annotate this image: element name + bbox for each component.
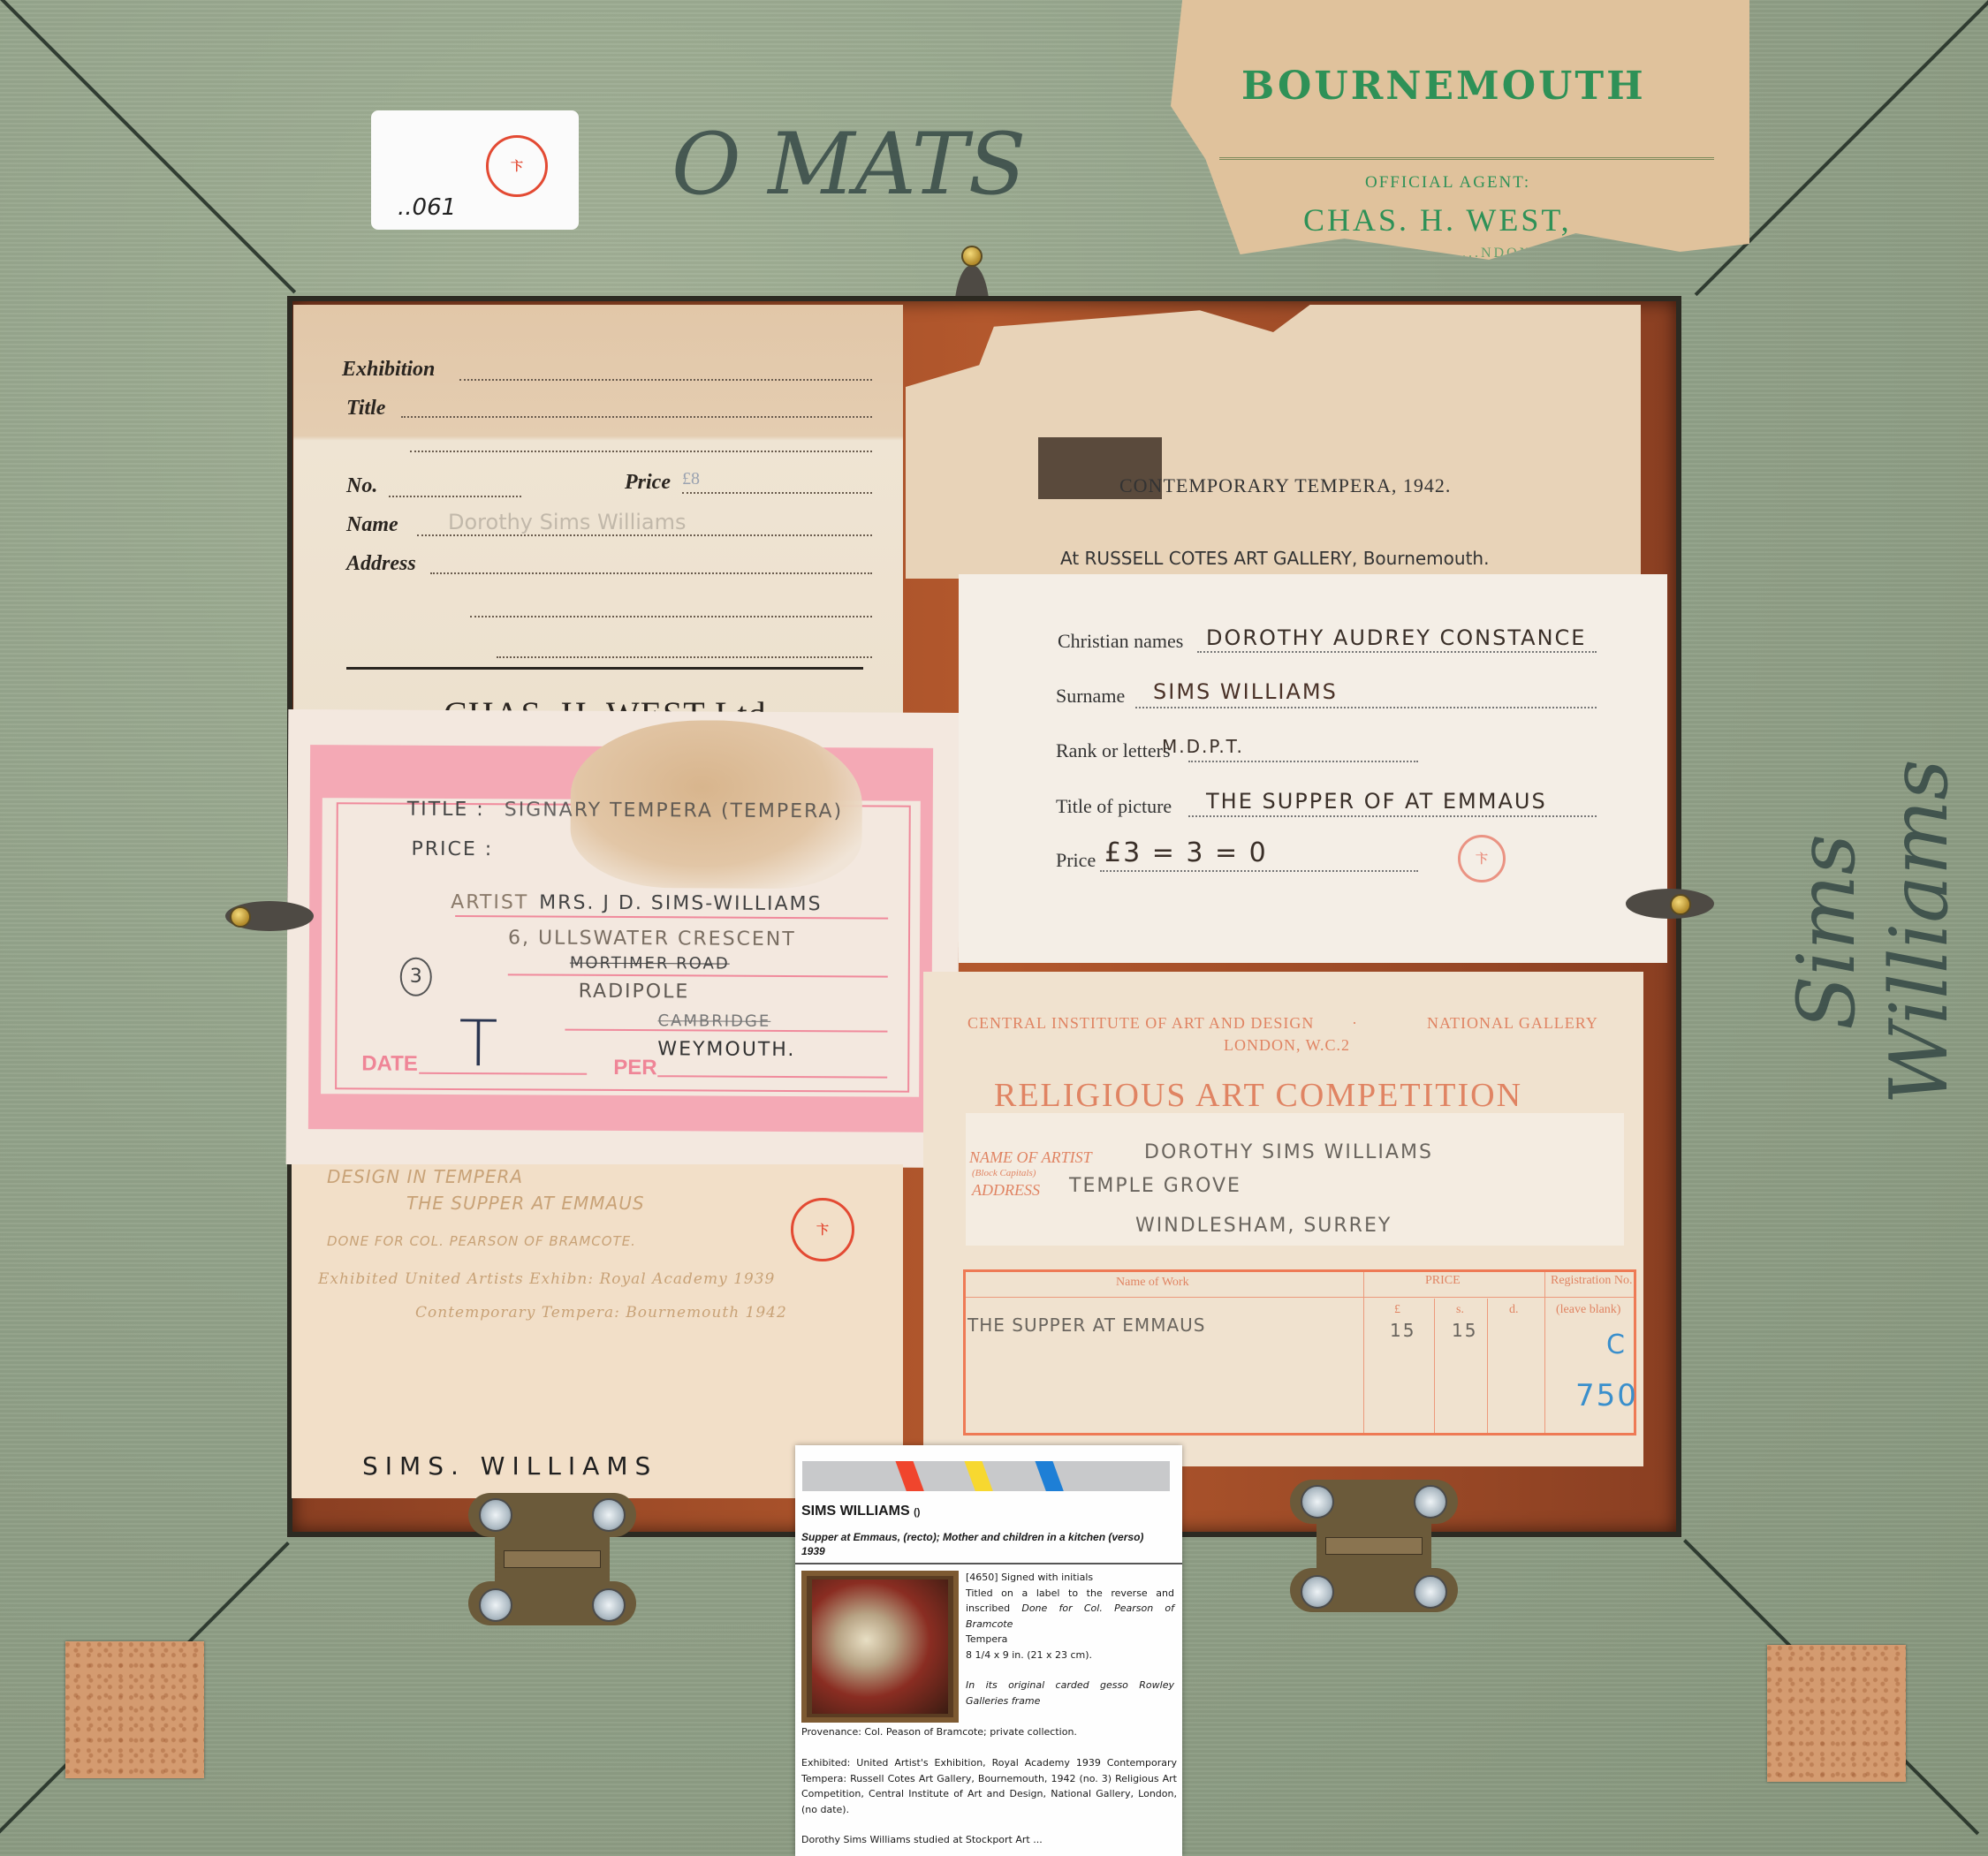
pink-artist-label: ARTIST: [451, 891, 528, 913]
screw-icon: [1414, 1575, 1447, 1609]
tempera-price-label: Price: [1056, 849, 1096, 872]
lower-line-1: DESIGN IN TEMPERA: [327, 1166, 523, 1187]
frame-mitre-tl: [0, 0, 296, 293]
rac-org-right: NATIONAL GALLERY: [1427, 1014, 1598, 1033]
card-description: [4650] Signed with initials Titled on a …: [966, 1570, 1174, 1708]
frame-scrawl-top: O MATS: [672, 115, 1026, 214]
card-artist-dates: (): [914, 1507, 920, 1518]
pink-consignment-form: TITLE : SIGNARY TEMPERA (TEMPERA) PRICE …: [286, 709, 960, 1168]
west-label: Exhibition Title No. Price £8 Name Dorot…: [293, 305, 903, 773]
tempera-christian-label: Christian names: [1058, 630, 1183, 653]
card-size: 8 1/4 x 9 in. (21 x 23 cm).: [966, 1648, 1174, 1663]
rac-name-label: NAME OF ARTIST: [969, 1148, 1092, 1167]
painting-thumbnail: [801, 1571, 959, 1723]
tempera-title-value: THE SUPPER OF AT EMMAUS: [1206, 789, 1547, 814]
bournemouth-agent: CHAS. H. WEST,: [1303, 201, 1572, 239]
screw-icon: [230, 906, 251, 928]
rac-th-reg: Registration No.: [1551, 1274, 1633, 1288]
pink-address-3: RADIPOLE: [579, 981, 690, 1004]
field-no: No.: [346, 474, 377, 498]
pink-address-4: CAMBRIDGE: [657, 1011, 770, 1031]
card-provenance: Provenance: Col. Peason of Bramcote; pri…: [801, 1724, 1177, 1740]
cork-pad-right: [1767, 1645, 1906, 1782]
lower-signature: SIMS. WILLIAMS: [362, 1451, 657, 1481]
pink-address-2: MORTIMER ROAD: [570, 954, 730, 973]
tempera-rank-label: Rank or letters: [1056, 739, 1171, 762]
card-color-bar: [802, 1461, 1170, 1491]
screw-icon: [1301, 1485, 1334, 1519]
rac-row-reg: C: [1606, 1330, 1627, 1360]
stamp-icon: 卞: [1458, 835, 1506, 883]
rac-row-pounds: 15: [1390, 1320, 1415, 1341]
card-artist: SIMS WILLIAMS (): [801, 1504, 920, 1519]
pink-per-label: PER: [613, 1056, 657, 1080]
lower-line-4: Exhibited United Artists Exhibn: Royal A…: [318, 1270, 775, 1288]
screw-icon: [961, 246, 983, 267]
card-artist-name: SIMS WILLIAMS: [801, 1504, 910, 1519]
card-frame-note: In its original carded gesso Rowley Gall…: [966, 1678, 1174, 1708]
rac-table-header-rule: [966, 1297, 1634, 1298]
stamp-icon: 卞: [486, 135, 548, 197]
religious-art-competition-label: CENTRAL INSTITUTE OF ART AND DESIGN · NA…: [923, 972, 1643, 1466]
screw-icon: [592, 1588, 626, 1622]
rac-name-value: DOROTHY SIMS WILLIAMS: [1144, 1141, 1433, 1163]
card-year: 1939: [801, 1545, 825, 1557]
tempera-price-value: £3 = 3 = 0: [1104, 837, 1268, 868]
card-bio: Dorothy Sims Williams studied at Stockpo…: [801, 1832, 1177, 1848]
card-exhibited: Exhibited: United Artist's Exhibition, R…: [801, 1755, 1177, 1817]
rac-th-work: Name of Work: [1116, 1276, 1189, 1290]
stripe-blue: [1034, 1461, 1066, 1491]
rac-city: LONDON, W.C.2: [1224, 1036, 1350, 1055]
sticker-number: ..061: [398, 194, 456, 221]
rac-address-label: ADDRESS: [972, 1181, 1040, 1200]
cork-pad-left: [65, 1641, 204, 1778]
stripe-yellow: [963, 1461, 995, 1491]
pink-address-1: 6, ULLSWATER CRESCENT: [508, 927, 796, 951]
stamp-icon: 卞: [791, 1198, 854, 1261]
circled-number: 3: [400, 958, 432, 996]
contemporary-tempera-label: CONTEMPORARY TEMPERA, 1942. At RUSSELL C…: [906, 305, 1641, 963]
hinge-left: [468, 1493, 636, 1625]
screw-icon: [592, 1498, 626, 1532]
stripe-red: [894, 1461, 926, 1491]
pink-date-label: DATE: [361, 1051, 418, 1076]
bournemouth-label: BOURNEMOUTH OFFICIAL AGENT: CHAS. H. WES…: [1171, 0, 1749, 265]
lower-line-3: DONE FOR COL. PEARSON OF BRAMCOTE.: [327, 1233, 636, 1249]
field-name-value: Dorothy Sims Williams: [448, 510, 687, 534]
pink-artist-value: MRS. J D. SIMS-WILLIAMS: [539, 892, 822, 916]
bournemouth-rule: [1219, 157, 1714, 160]
rac-row-work: THE SUPPER AT EMMAUS: [967, 1314, 1205, 1336]
lower-line-2: THE SUPPER AT EMMAUS: [406, 1193, 645, 1214]
card-title: Supper at Emmaus, (recto); Mother and ch…: [801, 1530, 1172, 1558]
rac-row-reg2: 750: [1575, 1378, 1638, 1413]
rac-th-shillings: s.: [1456, 1303, 1464, 1317]
bournemouth-subtitle: OFFICIAL AGENT:: [1365, 173, 1530, 193]
tempera-title-label: Title of picture: [1056, 795, 1172, 818]
tempera-header: CONTEMPORARY TEMPERA, 1942.: [1119, 474, 1451, 497]
screw-icon: [479, 1588, 512, 1622]
field-exhibition: Exhibition: [342, 358, 435, 382]
rac-th-pounds: £: [1394, 1303, 1400, 1317]
rac-th-price: PRICE: [1425, 1274, 1461, 1288]
rac-org-sep: ·: [1352, 1014, 1357, 1033]
screw-icon: [1670, 894, 1691, 915]
hinge-right: [1290, 1480, 1458, 1612]
field-price-value: £8: [682, 469, 700, 489]
tempera-surname-label: Surname: [1056, 685, 1125, 708]
screw-icon: [1414, 1485, 1447, 1519]
tempera-venue: At RUSSELL COTES ART GALLERY, Bournemout…: [1060, 548, 1489, 569]
field-name: Name: [346, 513, 398, 537]
screw-icon: [479, 1498, 512, 1532]
pink-title-value: SIGNARY TEMPERA (TEMPERA): [505, 799, 843, 822]
card-title-text: Supper at Emmaus, (recto); Mother and ch…: [801, 1531, 1143, 1543]
rac-org-left: CENTRAL INSTITUTE OF ART AND DESIGN: [967, 1014, 1314, 1033]
circled-number-text: 3: [410, 966, 422, 988]
bournemouth-title: BOURNEMOUTH: [1241, 64, 1646, 109]
rac-reg-hint: (leave blank): [1556, 1303, 1620, 1317]
rac-th-pence: d.: [1509, 1303, 1519, 1317]
pink-address-5: WEYMOUTH.: [657, 1038, 795, 1061]
rac-address-1: TEMPLE GROVE: [1069, 1175, 1241, 1197]
pink-title-label: TITLE :: [407, 799, 485, 821]
tempera-christian-value: DOROTHY AUDREY CONSTANCE: [1206, 625, 1586, 650]
frame-scrawl-right: Sims Williams: [1780, 667, 1966, 1197]
rac-row-shillings: 15: [1452, 1320, 1477, 1341]
card-medium: Tempera: [966, 1632, 1174, 1648]
rac-table: Name of Work PRICE Registration No. £ s.…: [963, 1269, 1636, 1436]
auction-info-card: SIMS WILLIAMS () Supper at Emmaus, (rect…: [795, 1445, 1182, 1856]
field-title: Title: [346, 397, 385, 420]
rac-name-hint: (Block Capitals): [972, 1168, 1036, 1178]
inventory-sticker: 卞 ..061: [371, 110, 579, 230]
pink-price-label: PRICE :: [411, 838, 493, 860]
field-address: Address: [346, 552, 416, 576]
card-lot-line: [4650] Signed with initials: [966, 1570, 1174, 1586]
rac-title: RELIGIOUS ART COMPETITION: [994, 1076, 1522, 1115]
rac-address-2: WINDLESHAM, SURREY: [1135, 1215, 1392, 1237]
lower-line-5: Contemporary Tempera: Bournemouth 1942: [415, 1304, 787, 1322]
pink-mark: T: [459, 1006, 497, 1080]
screw-icon: [1301, 1575, 1334, 1609]
tempera-surname-value: SIMS WILLIAMS: [1153, 679, 1338, 704]
tempera-rank-value: M.D.P.T.: [1162, 736, 1244, 757]
field-price: Price: [625, 471, 671, 495]
